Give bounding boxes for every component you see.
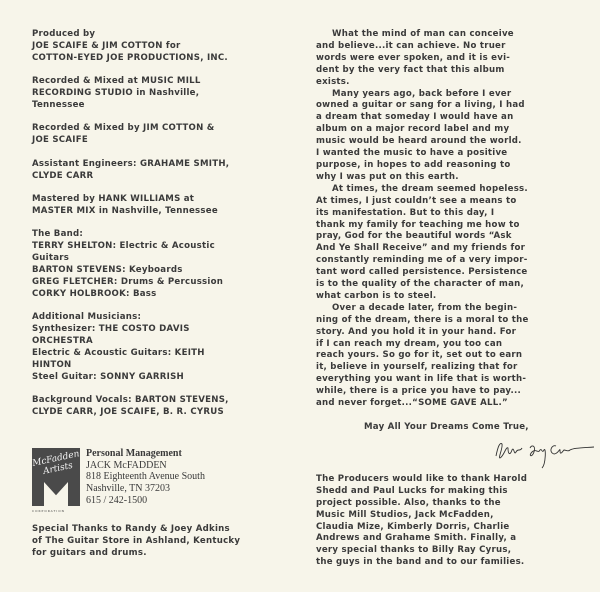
credit-line: TERRY SHELTON: Electric & Acoustic [32, 241, 297, 253]
credit-line: The Band: [32, 229, 297, 241]
credit-line: MASTER MIX in Nashville, Tennessee [32, 206, 297, 218]
letter-line: while, there is a price you have to pay.… [316, 386, 594, 398]
producers-thanks-line: very special thanks to Billy Ray Cyrus, [316, 545, 594, 557]
management-address-line-1: 818 Eighteenth Avenue South [86, 471, 205, 483]
credit-line: Assistant Engineers: GRAHAME SMITH, [32, 159, 297, 171]
letter-line: I wanted the music to have a positive [316, 148, 594, 160]
logo-corporation-text: CORPORATION [32, 509, 82, 513]
credit-block: Recorded & Mixed by JIM COTTON &JOE SCAI… [32, 123, 297, 147]
credit-block: The Band:TERRY SHELTON: Electric & Acous… [32, 229, 297, 300]
credits-column: Produced byJOE SCAIFE & JIM COTTON forCO… [32, 29, 297, 431]
logo-m-icon [44, 482, 68, 506]
management-phone: 615 / 242-1500 [86, 495, 205, 507]
management-address-line-2: Nashville, TN 37203 [86, 483, 205, 495]
letter-line: it, believe in yourself, realizing that … [316, 362, 594, 374]
letter-body: What the mind of man can conceiveand bel… [316, 29, 594, 410]
letter-line: constantly reminding me of a very impor- [316, 255, 594, 267]
letter-line: a dream that someday I would have an [316, 112, 594, 124]
letter-line: album on a major record label and my [316, 124, 594, 136]
signature-icon [490, 436, 600, 470]
credit-line: Electric & Acoustic Guitars: KEITH [32, 348, 297, 360]
credit-block: Assistant Engineers: GRAHAME SMITH,CLYDE… [32, 159, 297, 183]
letter-line: why I was put on this earth. [316, 172, 594, 184]
management-name: JACK McFADDEN [86, 460, 205, 472]
producers-thanks-line: Shedd and Paul Lucks for making this [316, 486, 594, 498]
producers-thanks-line: the guys in the band and to our families… [316, 557, 594, 569]
credit-block: Additional Musicians:Synthesizer: THE CO… [32, 312, 297, 383]
special-thanks: Special Thanks to Randy & Joey Adkinsof … [32, 524, 302, 560]
letter-line: is to the quality of the character of ma… [316, 279, 594, 291]
credit-block: Mastered by HANK WILLIAMS atMASTER MIX i… [32, 194, 297, 218]
special-thanks-line: Special Thanks to Randy & Joey Adkins [32, 524, 302, 536]
credit-line: Mastered by HANK WILLIAMS at [32, 194, 297, 206]
credit-line: CORKY HOLBROOK: Bass [32, 289, 297, 301]
letter-line: Over a decade later, from the begin- [316, 303, 594, 315]
letter-line: owned a guitar or sang for a living, I h… [316, 100, 594, 112]
letter-line: words were ever spoken, and it is evi- [316, 53, 594, 65]
management-contact: Personal Management JACK McFADDEN 818 Ei… [86, 448, 205, 507]
letter-line: At times, I just couldn’t see a means to [316, 196, 594, 208]
logo-script-text: McFadden Artists [31, 449, 82, 479]
credit-block: Background Vocals: BARTON STEVENS,CLYDE … [32, 395, 297, 419]
credit-line: JOE SCAIFE & JIM COTTON for [32, 41, 297, 53]
special-thanks-line: for guitars and drums. [32, 548, 302, 560]
credit-line: CLYDE CARR [32, 171, 297, 183]
special-thanks-line: of The Guitar Store in Ashland, Kentucky [32, 536, 302, 548]
letter-line: thank my family for teaching me how to [316, 220, 594, 232]
credit-line: JOE SCAIFE [32, 135, 297, 147]
credit-block: Produced byJOE SCAIFE & JIM COTTON forCO… [32, 29, 297, 65]
credit-line: Guitars [32, 253, 297, 265]
signature [490, 436, 594, 470]
letter-column: What the mind of man can conceiveand bel… [316, 29, 594, 569]
letter-line: its manifestation. But to this day, I [316, 208, 594, 220]
letter-line: story. And you hold it in your hand. For [316, 327, 594, 339]
credit-line: GREG FLETCHER: Drums & Percussion [32, 277, 297, 289]
credit-line: Recorded & Mixed at MUSIC MILL [32, 76, 297, 88]
producers-thanks-line: Claudia Mize, Kimberly Dorris, Charlie [316, 522, 594, 534]
credit-line: Tennessee [32, 100, 297, 112]
letter-line: And Ye Shall Receive” and my friends for [316, 243, 594, 255]
credit-line: Recorded & Mixed by JIM COTTON & [32, 123, 297, 135]
credit-line: Synthesizer: THE COSTO DAVIS [32, 324, 297, 336]
credit-line: COTTON-EYED JOE PRODUCTIONS, INC. [32, 53, 297, 65]
letter-line: what carbon is to steel. [316, 291, 594, 303]
credit-line: RECORDING STUDIO in Nashville, [32, 88, 297, 100]
producers-thanks-line: project possible. Also, thanks to the [316, 498, 594, 510]
management-block: McFadden Artists CORPORATION Personal Ma… [32, 448, 302, 512]
letter-line: What the mind of man can conceive [316, 29, 594, 41]
letter-line: if I can reach my dream, you too can [316, 339, 594, 351]
credit-line: BARTON STEVENS: Keyboards [32, 265, 297, 277]
letter-line: and believe...it can achieve. No truer [316, 41, 594, 53]
letter-line: At times, the dream seemed hopeless. [316, 184, 594, 196]
producers-thanks-line: Andrews and Grahame Smith. Finally, a [316, 533, 594, 545]
credit-line: Additional Musicians: [32, 312, 297, 324]
letter-line: ning of the dream, there is a moral to t… [316, 315, 594, 327]
letter-line: exists. [316, 77, 594, 89]
letter-line: purpose, in hopes to add reasoning to [316, 160, 594, 172]
letter-line: and never forget...“SOME GAVE ALL.” [316, 398, 594, 410]
letter-line: music would be heard around the world. [316, 136, 594, 148]
producers-thanks: The Producers would like to thank Harold… [316, 474, 594, 569]
credit-line: Produced by [32, 29, 297, 41]
letter-closing: May All Your Dreams Come True, [316, 422, 594, 434]
letter-line: tant word called persistence. Persistenc… [316, 267, 594, 279]
credit-line: Steel Guitar: SONNY GARRISH [32, 372, 297, 384]
mcfadden-artists-logo: McFadden Artists [32, 448, 80, 506]
producers-thanks-line: The Producers would like to thank Harold [316, 474, 594, 486]
letter-line: everything you want in life that is wort… [316, 374, 594, 386]
credit-line: ORCHESTRA [32, 336, 297, 348]
credit-line: HINTON [32, 360, 297, 372]
letter-line: Many years ago, back before I ever [316, 89, 594, 101]
credit-line: CLYDE CARR, JOE SCAIFE, B. R. CYRUS [32, 407, 297, 419]
letter-line: reach yours. So go for it, set out to ea… [316, 350, 594, 362]
letter-line: dent by the very fact that this album [316, 65, 594, 77]
producers-thanks-line: Music Mill Studios, Jack McFadden, [316, 510, 594, 522]
credit-line: Background Vocals: BARTON STEVENS, [32, 395, 297, 407]
management-heading: Personal Management [86, 448, 205, 460]
credit-block: Recorded & Mixed at MUSIC MILLRECORDING … [32, 76, 297, 112]
letter-line: pray, God for the beautiful words “Ask [316, 231, 594, 243]
